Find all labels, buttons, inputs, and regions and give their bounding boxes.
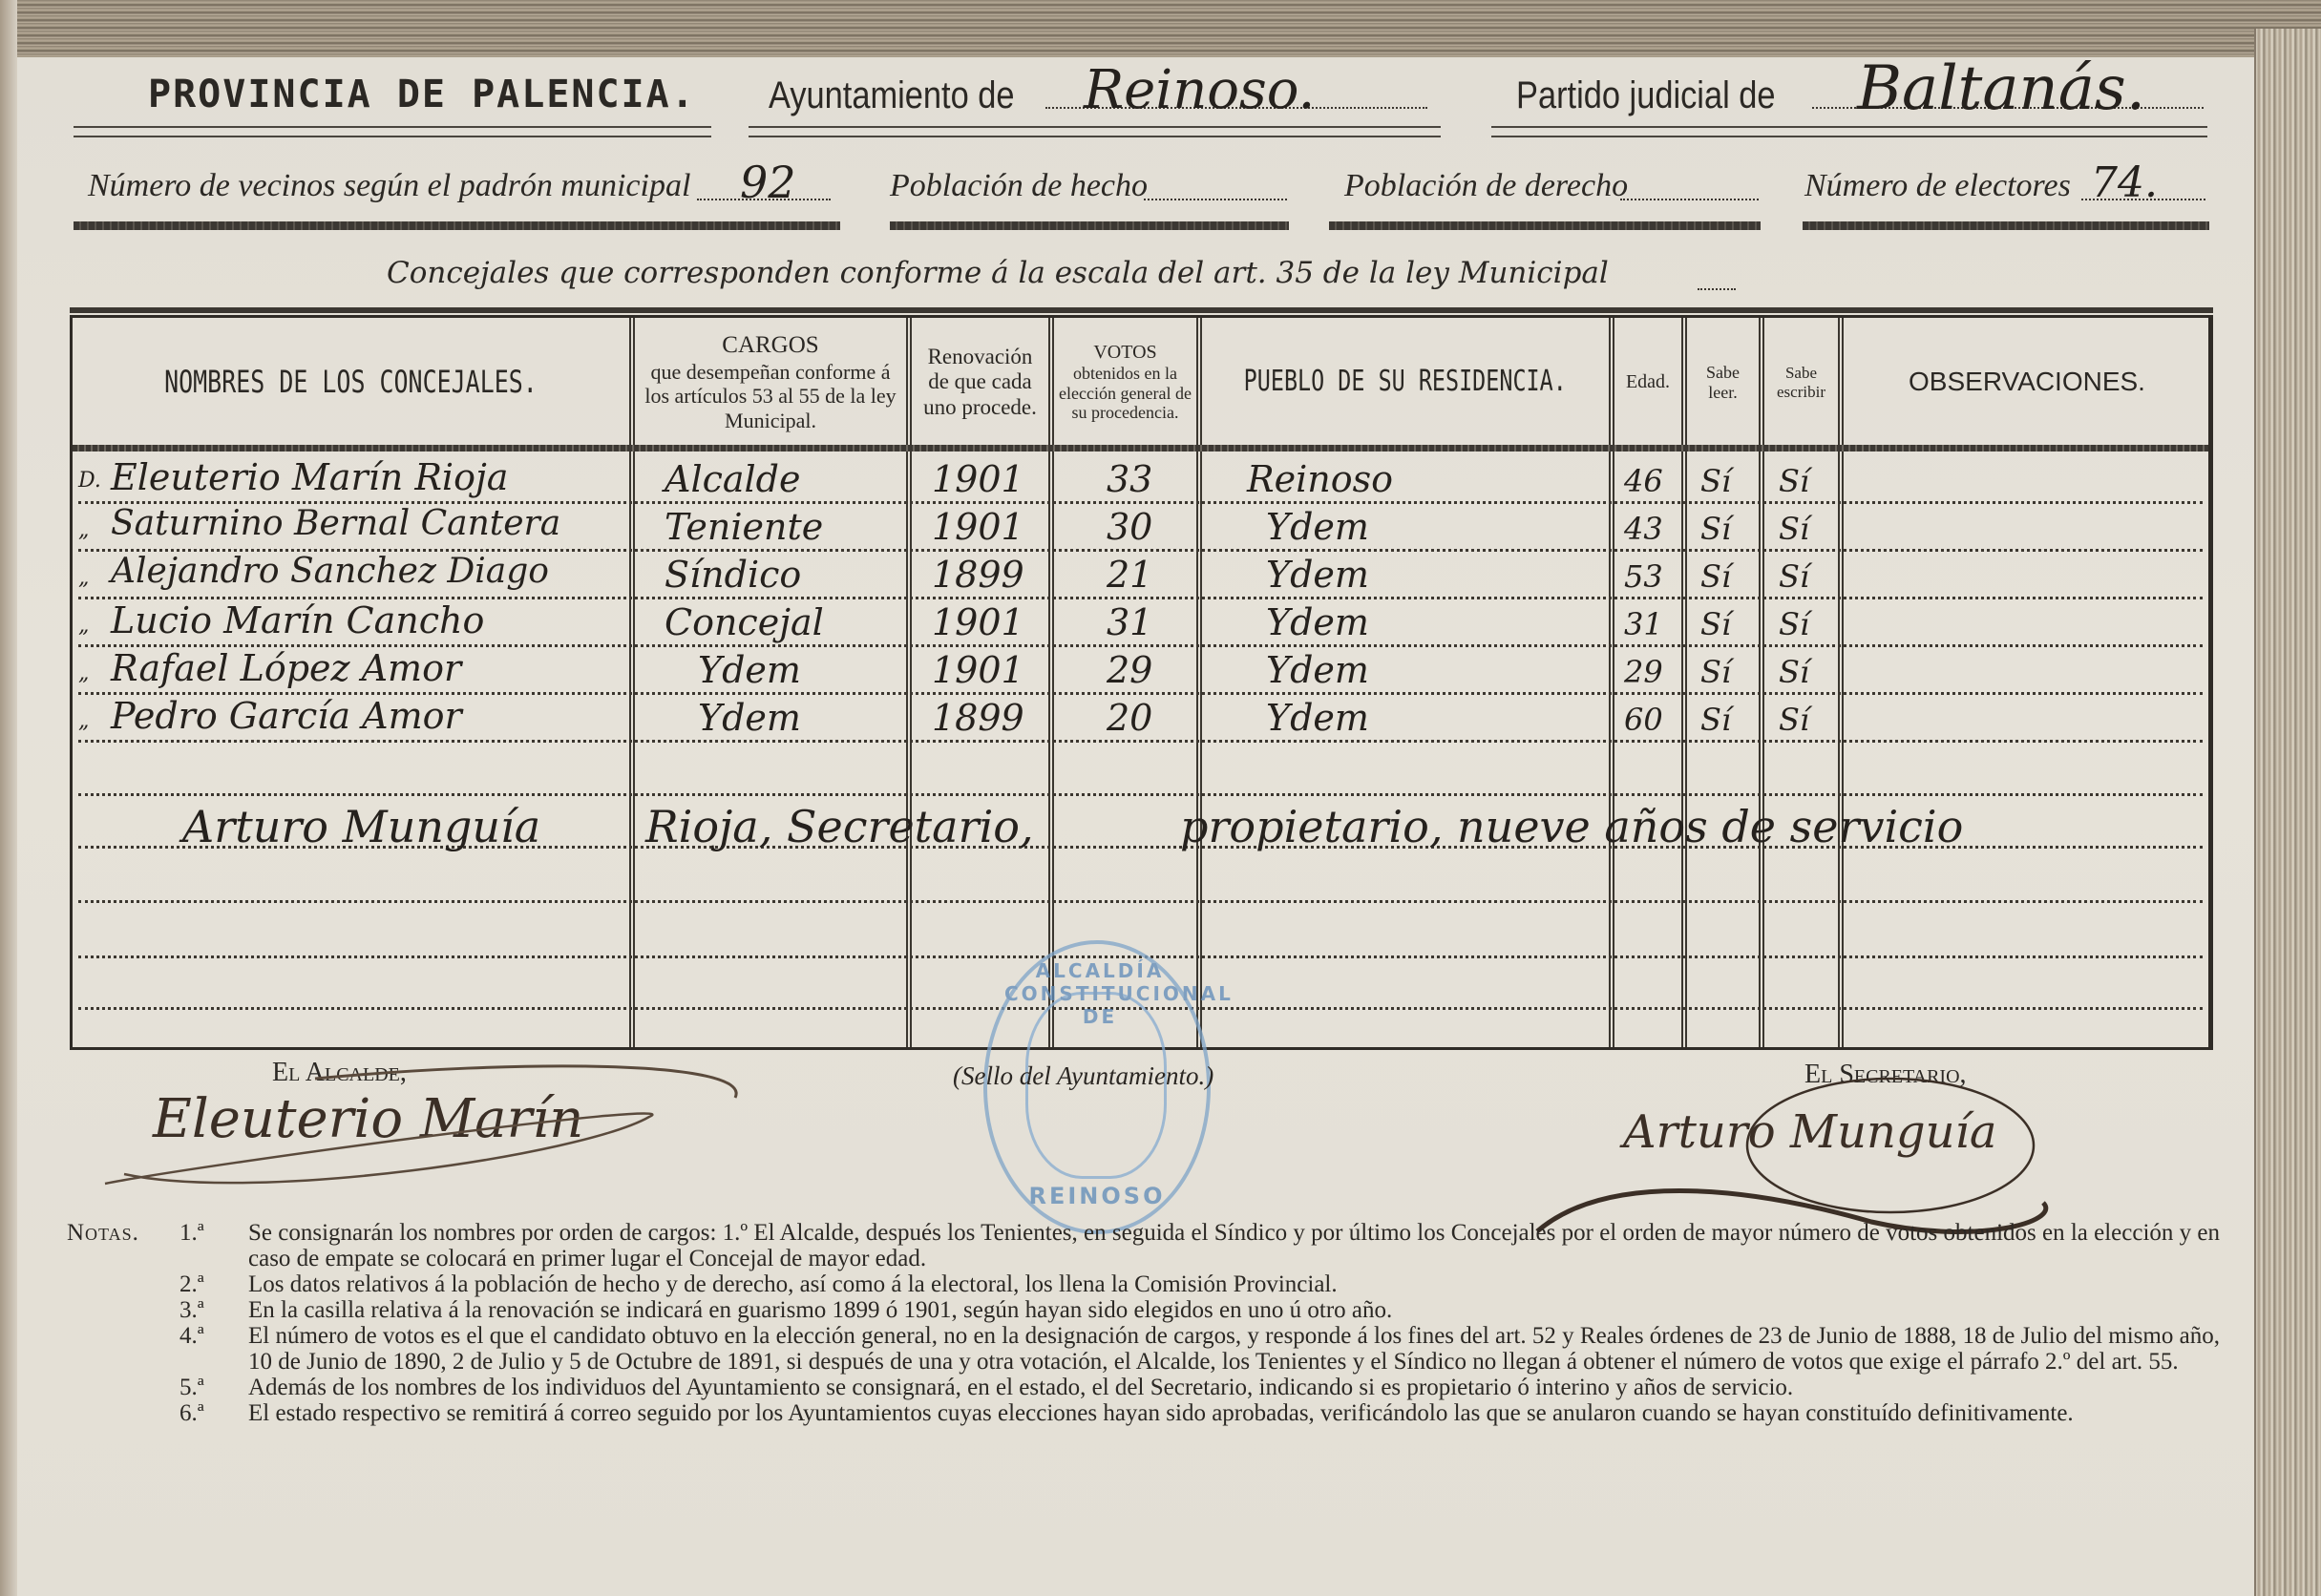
header-rule-1 — [74, 126, 711, 137]
stats-rule-1 — [74, 221, 840, 230]
row-prefix: „ — [78, 616, 89, 637]
pueblo-cell: Ydem — [1266, 509, 1369, 545]
sabe-escribir-cell: Sí — [1779, 514, 1809, 544]
votos-cell: 33 — [1107, 461, 1152, 497]
sabe-escribir-cell: Sí — [1779, 561, 1809, 592]
votos-cell: 21 — [1107, 556, 1152, 593]
stamp-bottom-text: REINOSO — [1025, 1183, 1169, 1209]
notes-section: Notas. 1.ª Se consignarán los nombres po… — [67, 1220, 2225, 1426]
column-header-sabe-leer: Sabe leer. — [1687, 318, 1759, 447]
row-prefix: „ — [78, 663, 89, 684]
nombre-cell: Pedro García Amor — [111, 698, 462, 734]
stats-rule-3 — [1329, 221, 1761, 230]
poblacion-derecho-dotted-line — [1620, 199, 1759, 200]
nombre-cell: Alejandro Sanchez Diago — [111, 555, 549, 589]
column-header-observaciones: OBSERVACIONES. — [1844, 318, 2210, 447]
book-left-edge — [0, 0, 17, 1596]
electores-label: Número de electores — [1804, 168, 2071, 204]
votos-cell: 20 — [1107, 700, 1152, 736]
sabe-escribir-cell: Sí — [1779, 466, 1809, 496]
book-right-page-edges — [2254, 29, 2321, 1596]
edad-cell: 29 — [1624, 657, 1663, 687]
edad-cell: 60 — [1624, 704, 1663, 735]
cargo-cell: Ydem — [698, 700, 801, 736]
electores-value: 74. — [2091, 158, 2158, 207]
edad-cell: 46 — [1624, 466, 1663, 496]
column-header-cargos: CARGOS que desempeñan conforme á los art… — [635, 318, 906, 447]
note-item: 6.ª El estado respectivo se remitirá á c… — [67, 1400, 2225, 1426]
cargo-cell: Síndico — [665, 556, 801, 593]
renovacion-cell: 1901 — [932, 461, 1024, 497]
cargo-cell: Ydem — [698, 652, 801, 688]
cargo-cell: Alcalde — [665, 461, 801, 497]
poblacion-derecho-label: Población de derecho — [1344, 168, 1628, 204]
votos-cell: 29 — [1107, 652, 1152, 688]
column-header-pueblo: PUEBLO DE SU RESIDENCIA. — [1202, 318, 1609, 447]
note-item: 3.ª En la casilla relativa á la renovaci… — [67, 1297, 2225, 1323]
row-prefix: „ — [78, 520, 89, 541]
nombre-cell: Lucio Marín Cancho — [111, 602, 484, 639]
row-prefix: „ — [78, 711, 89, 732]
secretario-rubric-flourish — [1528, 1069, 2120, 1241]
stats-rule-4 — [1803, 221, 2209, 230]
sabe-escribir-cell: Sí — [1779, 609, 1809, 640]
sabe-escribir-cell: Sí — [1779, 704, 1809, 735]
alcalde-rubric-flourish — [86, 1060, 754, 1193]
concejales-escala-dotted-line — [1698, 288, 1736, 290]
cargo-cell: Teniente — [665, 509, 823, 545]
renovacion-cell: 1901 — [932, 604, 1024, 640]
votos-cell: 30 — [1107, 509, 1152, 545]
note-item: 1.ª Se consignarán los nombres por orden… — [67, 1220, 2225, 1271]
sabe-leer-cell: Sí — [1700, 657, 1731, 687]
renovacion-cell: 1901 — [932, 509, 1024, 545]
sabe-leer-cell: Sí — [1700, 561, 1731, 592]
province-title: PROVINCIA DE PALENCIA. — [148, 73, 696, 116]
row-dotted-line — [78, 740, 2203, 743]
stamp-top-text: ALCALDÍA CONSTITUCIONAL DE — [1004, 959, 1195, 1028]
note-item: 2.ª Los datos relativos á la población d… — [67, 1271, 2225, 1297]
sello-label: (Sello del Ayuntamiento.) — [953, 1061, 1213, 1091]
ayuntamiento-value: Reinoso. — [1084, 59, 1315, 121]
column-header-edad: Edad. — [1614, 318, 1681, 447]
vecinos-label: Número de vecinos según el padrón munici… — [88, 168, 690, 204]
row-dotted-line — [78, 900, 2203, 903]
renovacion-cell: 1899 — [932, 700, 1024, 736]
nombre-cell: Rafael López Amor — [111, 650, 461, 686]
header-rule-3 — [1491, 126, 2207, 137]
edad-cell: 31 — [1624, 609, 1663, 640]
ayuntamiento-label: Ayuntamiento de — [769, 74, 1015, 117]
secretary-observations: propietario, nueve años de servicio — [1180, 805, 1963, 849]
sabe-escribir-cell: Sí — [1779, 657, 1809, 687]
cargo-cell: Concejal — [665, 604, 824, 640]
nombre-cell: Saturnino Bernal Cantera — [111, 507, 560, 541]
vecinos-value: 92 — [740, 157, 796, 208]
sabe-leer-cell: Sí — [1700, 514, 1731, 544]
table-header-rule — [73, 445, 2208, 451]
secretary-name: Arturo Munguía — [182, 805, 540, 849]
note-item: 5.ª Además de los nombres de los individ… — [67, 1375, 2225, 1400]
table-top-rule — [70, 307, 2213, 313]
partido-value: Baltanás. — [1857, 53, 2145, 124]
poblacion-hecho-dotted-line — [1144, 199, 1287, 200]
concejales-escala-label: Concejales que corresponden conforme á l… — [387, 256, 1609, 290]
pueblo-cell: Ydem — [1266, 652, 1369, 688]
header-rule-2 — [749, 126, 1441, 137]
column-header-renovacion: Renovación de que cada uno procede. — [912, 318, 1048, 447]
column-header-nombres: NOMBRES DE LOS CONCEJALES. — [73, 318, 629, 447]
pueblo-cell: Reinoso — [1247, 461, 1393, 497]
note-item: 4.ª El número de votos es el que el cand… — [67, 1323, 2225, 1375]
edad-cell: 53 — [1624, 561, 1663, 592]
pueblo-cell: Ydem — [1266, 556, 1369, 593]
column-header-sabe-escribir: Sabe escribir — [1764, 318, 1838, 447]
nombre-cell: Eleuterio Marín Rioja — [111, 459, 508, 495]
row-dotted-line — [78, 793, 2203, 796]
sabe-leer-cell: Sí — [1700, 609, 1731, 640]
sabe-leer-cell: Sí — [1700, 704, 1731, 735]
votos-cell: 31 — [1107, 604, 1152, 640]
renovacion-cell: 1901 — [932, 652, 1024, 688]
row-prefix: D. — [78, 471, 101, 492]
column-header-votos: VOTOS obtenidos en la elección general d… — [1054, 318, 1196, 447]
pueblo-cell: Ydem — [1266, 604, 1369, 640]
sabe-leer-cell: Sí — [1700, 466, 1731, 496]
renovacion-cell: 1899 — [932, 556, 1024, 593]
pueblo-cell: Ydem — [1266, 700, 1369, 736]
poblacion-hecho-label: Población de hecho — [890, 168, 1148, 204]
row-prefix: „ — [78, 568, 89, 589]
partido-label: Partido judicial de — [1516, 74, 1776, 117]
secretary-role: Rioja, Secretario, — [645, 805, 1034, 849]
edad-cell: 43 — [1624, 514, 1663, 544]
stats-rule-2 — [890, 221, 1289, 230]
concejales-table: NOMBRES DE LOS CONCEJALES. CARGOS que de… — [70, 315, 2213, 1050]
